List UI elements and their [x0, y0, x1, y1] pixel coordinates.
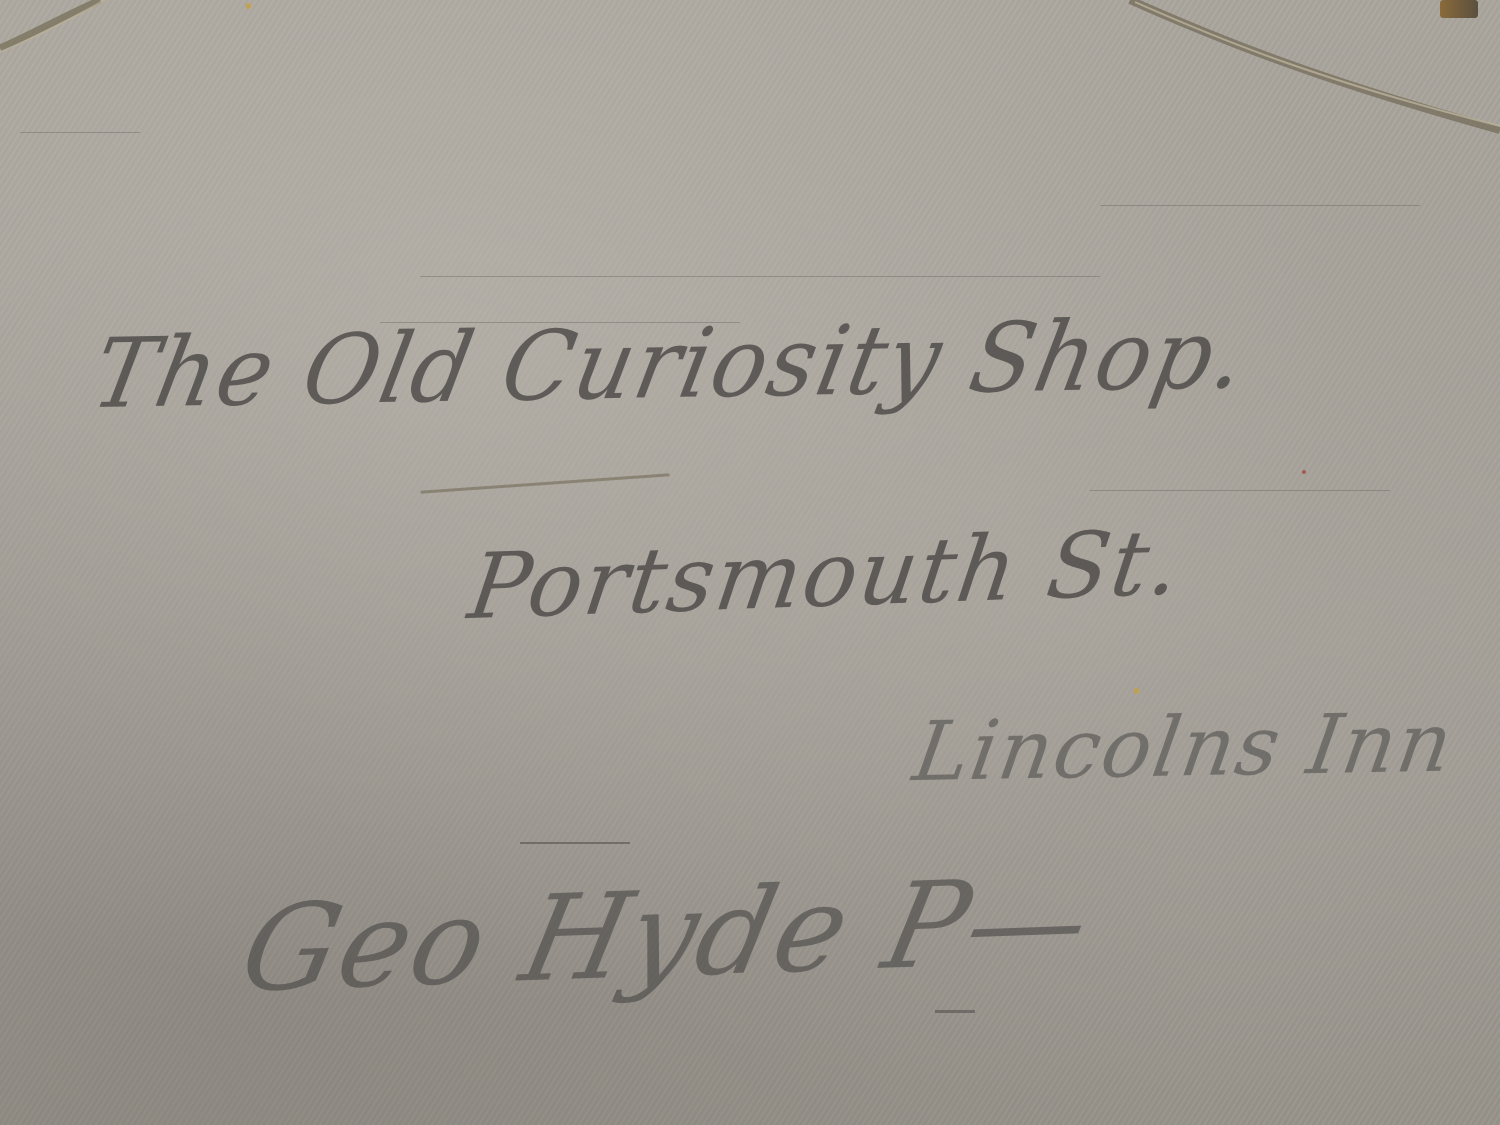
inscription-location: Lincolns Inn	[907, 695, 1460, 800]
stain-spot	[1302, 470, 1306, 474]
nail	[1440, 0, 1478, 18]
signature-tail	[935, 1010, 975, 1013]
ruled-line	[1090, 490, 1390, 491]
ruled-line	[20, 132, 140, 133]
separator-dash	[520, 842, 630, 844]
ruled-line	[420, 276, 1100, 277]
stain-spot	[245, 3, 251, 9]
stain-spot	[1133, 688, 1139, 694]
inscription-title: The Old Curiosity Shop.	[84, 298, 1256, 430]
ruled-line	[1100, 205, 1420, 206]
